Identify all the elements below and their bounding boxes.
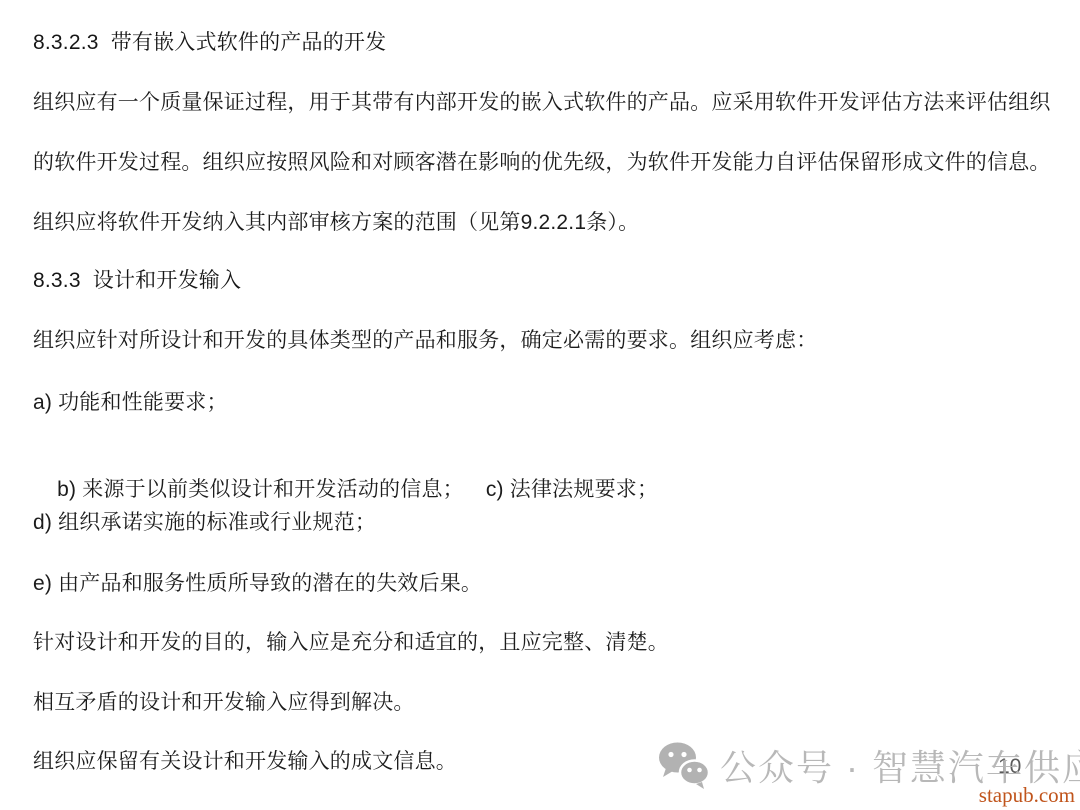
paragraph-line: 组织应保留有关设计和开发输入的成文信息。 (33, 748, 457, 775)
section-8-3-2-3-heading: 8.3.2.3 带有嵌入式软件的产品的开发 (33, 29, 386, 56)
section-8-3-3-intro: 组织应针对所设计和开发的具体类型的产品和服务，确定必需的要求。组织应考虑： (33, 327, 817, 354)
paragraph-line: 相互矛盾的设计和开发输入应得到解决。 (33, 689, 415, 716)
list-item-c: c) 法律法规要求； (486, 478, 658, 501)
list-item-d: d) 组织承诺实施的标准或行业规范； (33, 509, 376, 536)
section-8-3-3-heading: 8.3.3 设计和开发输入 (33, 267, 241, 294)
wechat-icon (658, 742, 710, 790)
list-item-b: b) 来源于以前类似设计和开发活动的信息； (57, 478, 464, 501)
site-credit: stapub.com (979, 783, 1075, 808)
paragraph-line: 组织应有一个质量保证过程，用于其带有内部开发的嵌入式软件的产品。应采用软件开发评… (33, 89, 1051, 116)
document-page: 8.3.2.3 带有嵌入式软件的产品的开发 组织应有一个质量保证过程，用于其带有… (0, 0, 1080, 810)
list-item-a: a) 功能和性能要求； (33, 389, 228, 416)
paragraph-line: 的软件开发过程。组织应按照风险和对顾客潜在影响的优先级，为软件开发能力自评估保留… (33, 149, 1051, 176)
paragraph-line: 组织应将软件开发纳入其内部审核方案的范围（见第9.2.2.1条）。 (33, 209, 639, 236)
list-item-e: e) 由产品和服务性质所导致的潜在的失效后果。 (33, 570, 482, 597)
paragraph-line: 针对设计和开发的目的，输入应是充分和适宜的，且应完整、清楚。 (33, 629, 669, 656)
